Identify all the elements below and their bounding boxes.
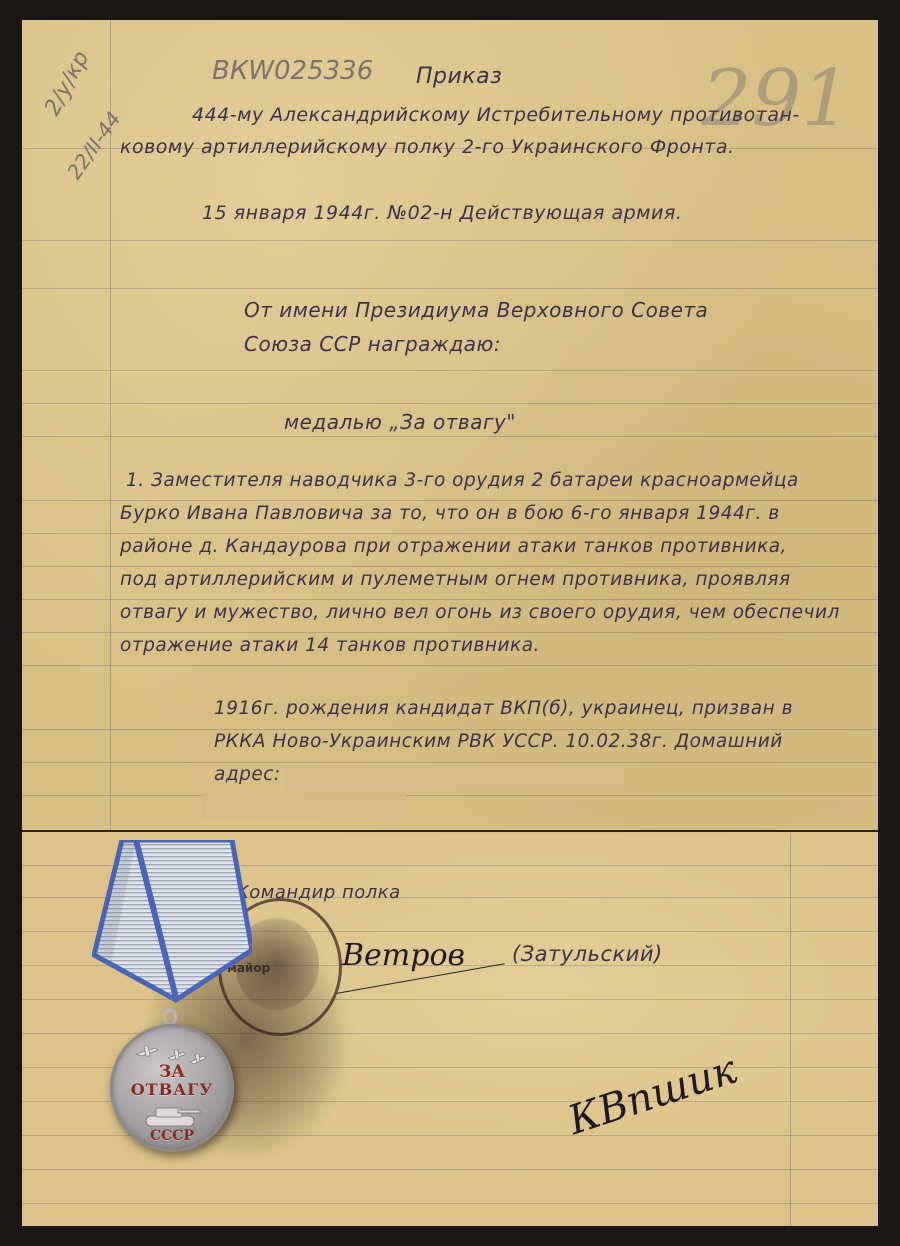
award-document-sheet: 2/у/кр 22/II-44 ВКW025336 291 Приказ 444… bbox=[22, 20, 878, 1226]
presidium-line-2: Союза ССР награждаю: bbox=[244, 332, 501, 356]
ruled-line bbox=[22, 403, 878, 404]
bio-line: 1916г. рождения кандидат ВКП(б), украине… bbox=[214, 698, 793, 719]
ruled-line bbox=[22, 436, 878, 437]
medal-for-courage: ЗА ОТВАГУ СССР bbox=[110, 1024, 234, 1152]
order-page-upper: 2/у/кр 22/II-44 ВКW025336 291 Приказ 444… bbox=[22, 20, 878, 831]
citation-line: районе д. Кандаурова при отражении атаки… bbox=[120, 536, 787, 557]
ruled-line bbox=[22, 599, 878, 600]
airplanes-icon bbox=[132, 1040, 212, 1064]
medal-text-za: ЗА bbox=[110, 1062, 234, 1082]
presidium-line-1: От имени Президиума Верховного Совета bbox=[244, 298, 708, 322]
regiment-line-2: ковому артиллерийскому полку 2-го Украин… bbox=[120, 136, 735, 158]
citation-line: Бурко Ивана Павловича за то, что он в бо… bbox=[120, 503, 780, 524]
ruled-line bbox=[22, 533, 878, 534]
ruled-line bbox=[22, 240, 878, 241]
margin-line bbox=[790, 833, 791, 1226]
page-number-pencil: 291 bbox=[702, 54, 851, 144]
ruled-line bbox=[22, 1203, 878, 1204]
ruled-line bbox=[22, 1169, 878, 1170]
margin-date-annotation: 22/II-44 bbox=[62, 107, 126, 184]
ruled-line bbox=[22, 795, 878, 796]
citation-line: отражение атаки 14 танков противника. bbox=[120, 635, 540, 656]
citation-line: 1. Заместителя наводчика 3-го орудия 2 б… bbox=[126, 470, 799, 491]
address-redaction bbox=[202, 793, 406, 819]
page-divider bbox=[22, 830, 878, 832]
ruled-line bbox=[22, 566, 878, 567]
margin-annotation: 2/у/кр bbox=[40, 47, 95, 120]
medal-text-ussr: СССР bbox=[110, 1128, 234, 1144]
citation-line: отвагу и мужество, лично вел огонь из св… bbox=[120, 602, 840, 623]
ruled-line bbox=[22, 729, 878, 730]
bio-line: адрес: bbox=[214, 764, 281, 785]
commander-name: (Затульский) bbox=[512, 942, 663, 966]
ruled-line bbox=[22, 370, 878, 371]
ruled-line bbox=[22, 665, 878, 666]
medal-ribbon bbox=[92, 840, 252, 1005]
medal-text-otvagu: ОТВАГУ bbox=[110, 1080, 234, 1099]
ruled-line bbox=[22, 762, 878, 763]
ruled-line bbox=[22, 500, 878, 501]
order-title: Приказ bbox=[416, 64, 502, 89]
address-redaction bbox=[284, 766, 624, 790]
regiment-line-1: 444-му Александрийскому Истребительному … bbox=[192, 104, 800, 126]
bio-line: РККА Ново-Украинским РВК УССР. 10.02.38г… bbox=[214, 731, 783, 752]
tank-icon bbox=[140, 1100, 204, 1130]
citation-line: под артиллерийским и пулеметным огнем пр… bbox=[120, 569, 791, 590]
ruled-line bbox=[22, 288, 878, 289]
signature-title: Командир полка bbox=[236, 882, 401, 903]
award-name: медалью „За отвагу" bbox=[284, 410, 516, 434]
order-date-number: 15 января 1944г. №02-н Действующая армия… bbox=[202, 202, 682, 224]
archive-code: ВКW025336 bbox=[212, 56, 373, 86]
ruled-line bbox=[22, 632, 878, 633]
commander-signature: Ветров bbox=[342, 938, 465, 973]
